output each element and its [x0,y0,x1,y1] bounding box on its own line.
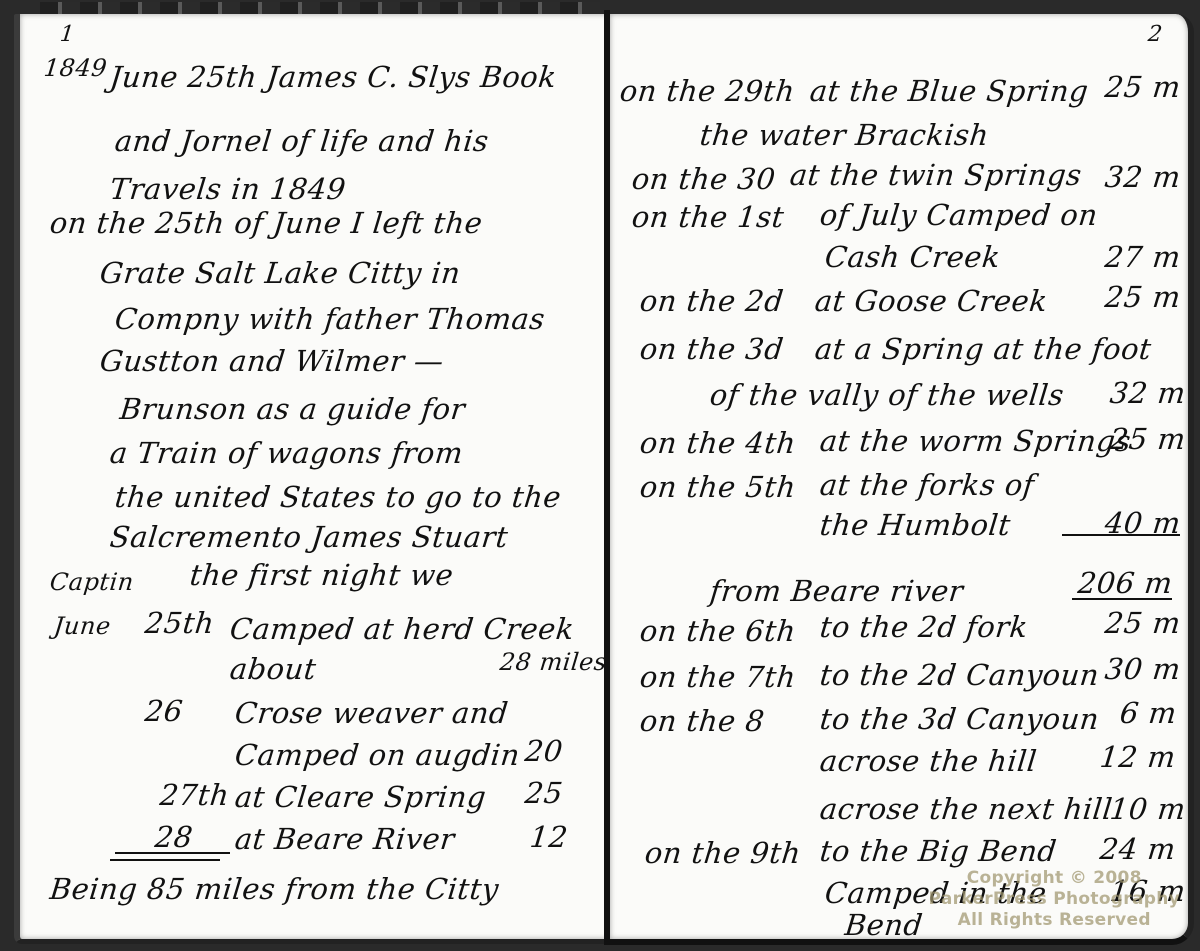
miles-value: 12 m [1098,740,1177,774]
miles-value: 28 miles [499,648,609,676]
sum-rule [1062,534,1180,536]
underline [115,852,230,854]
journal-line: Brunson as a guide for [118,392,467,426]
miles-value: 30 m [1103,652,1182,686]
journal-spread: 1 1849 June 25th James C. Slys Book and … [0,0,1200,951]
journal-line: about [228,652,318,686]
entry-text: from Beare river [708,574,965,608]
miles-value: 27 m [1103,240,1182,274]
entry-text: to the 3d Canyoun [818,702,1101,736]
entry-text: at a Spring at the foot [813,332,1153,366]
underline [110,859,220,861]
entry-text: at the Blue Spring [808,74,1090,108]
journal-line: Crose weaver and [233,696,510,730]
journal-line: Salcremento James Stuart [108,520,510,554]
miles-value: 25 m [1103,70,1182,104]
entry-text: of the vally of the wells [708,378,1066,412]
miles-value: 32 m [1103,160,1182,194]
journal-line: Camped on augdin [233,738,521,772]
miles-value: 25 [523,776,564,810]
entry-date: on the 30 [630,162,777,196]
miles-value: 25 m [1103,280,1182,314]
journal-title-line: June 25th James C. Slys Book [108,60,558,94]
journal-line: and Jornel of life and his [113,124,490,158]
entry-text: at the twin Springs [788,158,1083,192]
miles-value: 32 m [1108,376,1187,410]
miles-value: 24 m [1098,832,1177,866]
page-number: 1 [59,22,76,47]
right-page: 2 on the 29th at the Blue Spring 25 m th… [610,14,1194,945]
watermark-line: Copyright © 2008 [929,868,1180,889]
day-number: 28 [153,820,194,854]
entry-text: Bend [843,908,924,942]
day-number: 26 [143,694,184,728]
entry-date: on the 5th [638,470,797,504]
entry-date: on the 29th [618,74,796,108]
journal-line: Grate Salt Lake Citty in [98,256,462,290]
entry-date: on the 4th [638,426,797,460]
journal-line: at Beare River [233,822,456,856]
watermark-line: ParkerPress Photography [929,889,1180,910]
margin-note: Captin [49,568,136,596]
entry-text: to the Big Bend [818,834,1058,868]
entry-text: at Goose Creek [813,284,1049,318]
journal-line: the united States to go to the [113,480,563,514]
entry-text: acrose the hill [818,744,1038,778]
entry-date: on the 7th [638,660,797,694]
entry-date: on the 9th [643,836,802,870]
entry-date: on the 2d [638,284,785,318]
entry-text: at the forks of [818,468,1036,502]
total-underline [1072,598,1172,600]
journal-line: Camped at herd Creek [228,612,576,646]
miles-value: 10 m [1108,792,1187,826]
miles-value: 12 [528,820,569,854]
journal-line: at Cleare Spring [233,780,488,814]
entry-date: on the 3d [638,332,785,366]
journal-line: Compny with father Thomas [113,302,546,336]
miles-total: 206 m [1076,566,1174,600]
miles-value: 25 m [1103,606,1182,640]
miles-value: 20 [523,734,564,768]
entry-date: on the 1st [630,200,786,234]
journal-line: a Train of wagons from [108,436,465,470]
journal-line: the first night we [188,558,455,592]
entry-year: 1849 [43,54,109,82]
margin-note: June [53,612,113,640]
entry-text: to the 2d fork [818,610,1029,644]
page-number: 2 [1147,22,1164,47]
journal-summary-line: Being 85 miles from the Citty [48,872,500,906]
miles-value: 6 m [1118,696,1178,730]
day-number: 27th [158,778,231,812]
day-number: 25th [143,606,216,640]
journal-line: Travels in 1849 [108,172,347,206]
miles-value: 25 m [1108,422,1187,456]
copyright-watermark: Copyright © 2008 ParkerPress Photography… [929,868,1180,931]
entry-text: at the worm Springs [818,424,1133,458]
entry-text: the water Brackish [698,118,990,152]
journal-line: Gustton and Wilmer — [98,344,445,378]
entry-text: Cash Creek [823,240,1002,274]
entry-text: the Humbolt [818,508,1012,542]
entry-date: on the 6th [638,614,797,648]
entry-text: of July Camped on [818,198,1099,232]
entry-text: to the 2d Canyoun [818,658,1101,692]
entry-date: on the 8 [638,704,766,738]
entry-text: acrose the next hill [818,792,1114,826]
journal-line: on the 25th of June I left the [48,206,484,240]
left-page: 1 1849 June 25th James C. Slys Book and … [14,14,610,944]
watermark-line: All Rights Reserved [929,910,1180,931]
